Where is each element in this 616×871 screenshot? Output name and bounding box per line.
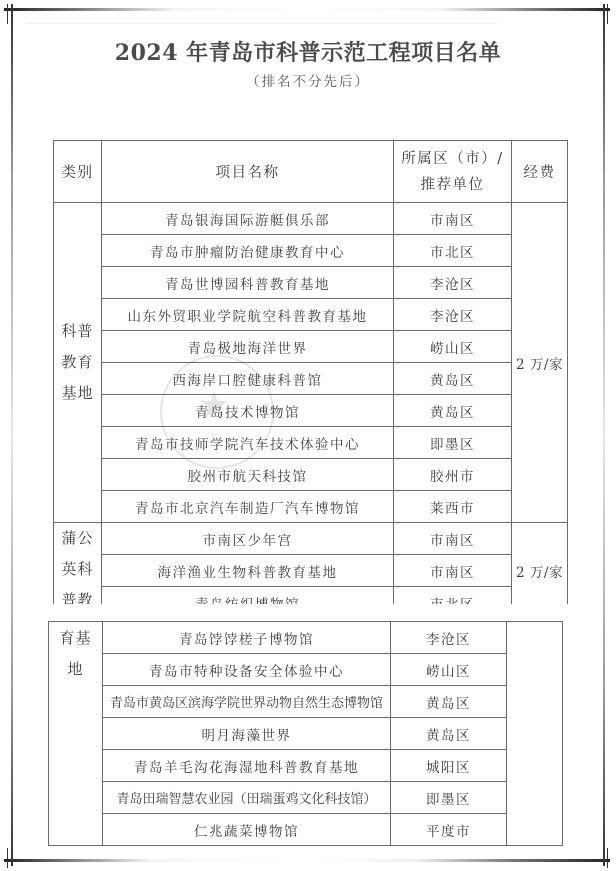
- table-row: 明月海藻世界 黄岛区: [49, 718, 563, 750]
- category-cell-dandelion-part2: 育基 地: [49, 622, 103, 846]
- category-line: 地: [49, 654, 102, 685]
- header-rule: [26, 23, 498, 24]
- project-district: 黄岛区: [394, 363, 512, 395]
- project-name: 青岛羊毛沟花海湿地科普教育基地: [103, 750, 391, 782]
- table-row: 青岛技术博物馆 黄岛区: [54, 395, 568, 427]
- table-row: 青岛极地海洋世界 崂山区: [54, 331, 568, 363]
- project-name: 仁兆蔬菜博物馆: [103, 814, 391, 846]
- category-line: 育基: [49, 623, 102, 654]
- project-name: 海洋渔业生物科普教育基地: [102, 555, 394, 587]
- table-row: 胶州市航天科技馆 胶州市: [54, 459, 568, 491]
- project-district: 胶州市: [394, 459, 512, 491]
- page-frame-corner: [607, 848, 608, 868]
- funding-cell-continued: [507, 622, 563, 846]
- category-line: 基地: [54, 378, 101, 409]
- header-funding: 经费: [512, 141, 568, 203]
- category-cell-science-edu-base: 科普 教育 基地: [54, 203, 102, 523]
- table-row: 蒲公 英科 普教 市南区少年宫 市南区 2 万/家: [54, 523, 568, 555]
- project-table-part1: 类别 项目名称 所属区（市）/ 推荐单位 经费 科普 教育 基地 青岛银海国际游…: [53, 140, 568, 619]
- header-category: 类别: [54, 141, 102, 203]
- category-line: 英科: [54, 554, 101, 585]
- page-frame-right: [603, 4, 605, 866]
- project-name: 青岛市北京汽车制造厂汽车博物馆: [102, 491, 394, 523]
- project-name: 市南区少年宫: [102, 523, 394, 555]
- project-name: 青岛市肿瘤防治健康教育中心: [102, 235, 394, 267]
- page-frame-corner: [7, 4, 8, 24]
- project-name: 西海岸口腔健康科普馆: [102, 363, 394, 395]
- table-row: 西海岸口腔健康科普馆 黄岛区: [54, 363, 568, 395]
- project-district: 黄岛区: [391, 718, 507, 750]
- page-frame-bottom: [4, 859, 610, 862]
- table-row: 青岛羊毛沟花海湿地科普教育基地 城阳区: [49, 750, 563, 782]
- table-row: 青岛市技师学院汽车技术体验中心 即墨区: [54, 427, 568, 459]
- document-title: 2024 年青岛市科普示范工程项目名单: [0, 36, 616, 67]
- table-row: 青岛市黄岛区滨海学院世界动物自然生态博物馆 黄岛区: [49, 686, 563, 718]
- project-name: 青岛市特种设备安全体验中心: [103, 654, 391, 686]
- project-name: 青岛市黄岛区滨海学院世界动物自然生态博物馆: [103, 686, 391, 718]
- project-name: 明月海藻世界: [103, 718, 391, 750]
- project-district: 即墨区: [394, 427, 512, 459]
- page-frame-corner: [607, 4, 608, 24]
- table-row: 青岛市肿瘤防治健康教育中心 市北区: [54, 235, 568, 267]
- project-district: 李沧区: [394, 299, 512, 331]
- project-district: 即墨区: [391, 782, 507, 814]
- table-row: 青岛市特种设备安全体验中心 崂山区: [49, 654, 563, 686]
- project-district: 黄岛区: [391, 686, 507, 718]
- header-district-line2: 推荐单位: [394, 172, 511, 198]
- project-name: 青岛饽饽槎子博物馆: [103, 622, 391, 654]
- project-name: 青岛世博园科普教育基地: [102, 267, 394, 299]
- project-district: 市南区: [394, 203, 512, 235]
- project-district: 李沧区: [391, 622, 507, 654]
- project-district: 平度市: [391, 814, 507, 846]
- project-district: 李沧区: [394, 267, 512, 299]
- table-header-row: 类别 项目名称 所属区（市）/ 推荐单位 经费: [54, 141, 568, 203]
- project-district: 崂山区: [391, 654, 507, 686]
- table-row: 青岛市北京汽车制造厂汽车博物馆 莱西市: [54, 491, 568, 523]
- project-name: 山东外贸职业学院航空科普教育基地: [102, 299, 394, 331]
- table-row: 山东外贸职业学院航空科普教育基地 李沧区: [54, 299, 568, 331]
- header-project-name: 项目名称: [102, 141, 394, 203]
- project-table-part2: 育基 地 青岛饽饽槎子博物馆 李沧区 青岛市特种设备安全体验中心 崂山区 青岛市…: [48, 621, 563, 846]
- page-frame-left: [11, 4, 13, 866]
- table-row: 青岛田瑞智慧农业园（田瑞蛋鸡文化科技馆） 即墨区: [49, 782, 563, 814]
- page-frame-corner: [7, 848, 8, 868]
- project-name: 青岛技术博物馆: [102, 395, 394, 427]
- document-subtitle: （排名不分先后）: [0, 70, 616, 90]
- project-district: 市北区: [394, 235, 512, 267]
- table-row: 海洋渔业生物科普教育基地 市南区: [54, 555, 568, 587]
- category-line: 教育: [54, 347, 101, 378]
- project-name: 青岛极地海洋世界: [102, 331, 394, 363]
- project-name: 青岛银海国际游艇俱乐部: [102, 203, 394, 235]
- header-district: 所属区（市）/ 推荐单位: [394, 141, 512, 203]
- category-line: 蒲公: [54, 523, 101, 554]
- funding-cell: 2 万/家: [512, 203, 568, 523]
- project-name: 青岛田瑞智慧农业园（田瑞蛋鸡文化科技馆）: [103, 782, 391, 814]
- project-name: 胶州市航天科技馆: [102, 459, 394, 491]
- table-row: 青岛世博园科普教育基地 李沧区: [54, 267, 568, 299]
- table-row: 育基 地 青岛饽饽槎子博物馆 李沧区: [49, 622, 563, 654]
- project-district: 城阳区: [391, 750, 507, 782]
- page-frame-top: [4, 8, 610, 11]
- project-district: 莱西市: [394, 491, 512, 523]
- category-line: 科普: [54, 316, 101, 347]
- page-break-gap: [48, 604, 572, 621]
- header-district-line1: 所属区（市）/: [394, 146, 511, 172]
- table-row: 仁兆蔬菜博物馆 平度市: [49, 814, 563, 846]
- table-row: 科普 教育 基地 青岛银海国际游艇俱乐部 市南区 2 万/家: [54, 203, 568, 235]
- project-district: 崂山区: [394, 331, 512, 363]
- project-district: 市南区: [394, 523, 512, 555]
- project-district: 黄岛区: [394, 395, 512, 427]
- project-name: 青岛市技师学院汽车技术体验中心: [102, 427, 394, 459]
- project-district: 市南区: [394, 555, 512, 587]
